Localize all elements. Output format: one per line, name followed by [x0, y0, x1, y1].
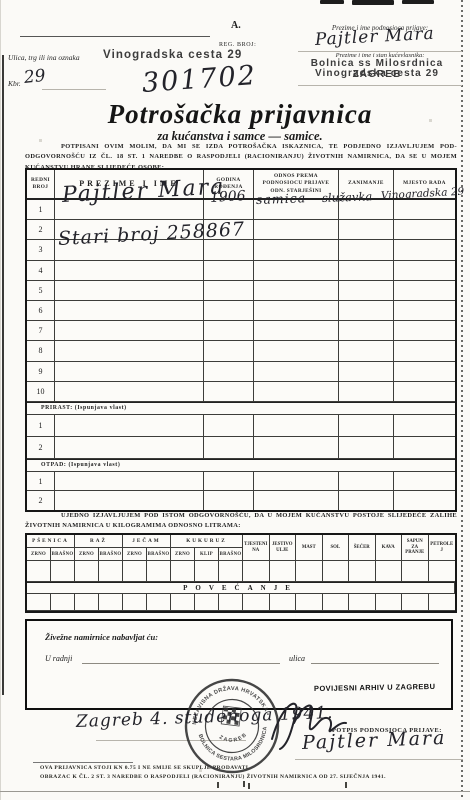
landlord-address-stamped: Vinogradska cesta 29 [288, 68, 466, 79]
otpad-section-label: OTPAD: (Ispunjava vlast) [27, 459, 455, 472]
empty-cell [204, 281, 254, 300]
empty-cell [394, 220, 455, 239]
reg-number-label: REG. BROJ: [219, 42, 256, 48]
scan-tick-mark [243, 781, 245, 787]
empty-cell [254, 261, 339, 280]
landlord-line [298, 85, 462, 86]
empty-cell [339, 362, 394, 381]
empty-cell [204, 472, 254, 491]
empty-cell [195, 561, 219, 582]
group-header-raz: RAŽ [75, 535, 123, 548]
scan-noise [0, 0, 1, 1]
supplies-paragraph: UJEDNO IZJAVLJUJEM POD ISTOM ODGOVORNOŠĆ… [25, 511, 457, 532]
shop-label: U radnji [45, 654, 72, 663]
empty-cell [147, 594, 171, 611]
empty-cell [270, 594, 297, 611]
group-header-psenica: PŠENICA [27, 535, 75, 548]
empty-cell [204, 382, 254, 401]
col-header-redni-broj: REDNI BROJ [27, 170, 55, 198]
row-number: 1 [27, 472, 55, 491]
empty-cell [376, 594, 403, 611]
house-number-label: Kbr. [8, 79, 21, 88]
empty-cell [171, 594, 195, 611]
signature-handwritten: Pajtler Mara [302, 727, 447, 754]
empty-cell [195, 594, 219, 611]
form-letter: A. [231, 20, 241, 31]
supplies-table: PŠENICA RAŽ JEČAM KUKURUZ TJESTENINA JES… [25, 533, 457, 613]
empty-cell [55, 321, 204, 340]
empty-cell [204, 362, 254, 381]
row1-occupation-handwritten: služavka [322, 189, 373, 205]
street-label-2: ulica [289, 654, 305, 663]
empty-cell [55, 281, 204, 300]
sub-header-brasno: BRAŠNO [219, 548, 243, 561]
empty-cell [323, 561, 350, 582]
row-number: 2 [27, 491, 55, 510]
empty-cell [123, 561, 147, 582]
empty-cell [75, 561, 99, 582]
form-title: Potrošačka prijavnica [25, 99, 455, 130]
empty-cell [51, 561, 75, 582]
col-header-jestivo-ulje: JESTIVO ULJE [270, 535, 297, 561]
empty-cell [254, 341, 339, 360]
empty-cell [55, 415, 204, 436]
empty-cell [99, 561, 123, 582]
col-header-sol: SOL [323, 535, 350, 561]
empty-cell [394, 281, 455, 300]
prirast-row: 2 [27, 437, 455, 459]
empty-cell [394, 491, 455, 510]
house-number-handwritten: 29 [23, 66, 47, 88]
empty-cell [339, 437, 394, 458]
empty-cell [254, 321, 339, 340]
col-header-secer: ŠEĆER [349, 535, 376, 561]
row-number: 7 [27, 321, 55, 340]
row-number: 3 [27, 240, 55, 259]
empty-cell [254, 220, 339, 239]
empty-cell [27, 561, 51, 582]
empty-cell [254, 382, 339, 401]
empty-cell [339, 281, 394, 300]
row-number: 9 [27, 362, 55, 381]
empty-cell [339, 321, 394, 340]
empty-cell [394, 240, 455, 259]
empty-cell [99, 594, 123, 611]
row1-relation-handwritten: samica [256, 190, 307, 207]
empty-cell [147, 561, 171, 582]
scan-tick-mark [248, 783, 250, 789]
row-number: 10 [27, 382, 55, 401]
row-number: 6 [27, 301, 55, 320]
row-number: 8 [27, 341, 55, 360]
persons-row: 5 [27, 281, 455, 301]
empty-cell [55, 362, 204, 381]
empty-cell [376, 561, 403, 582]
empty-cell [204, 415, 254, 436]
cut-off-text-fragment [402, 0, 434, 4]
empty-cell [254, 491, 339, 510]
empty-cell [394, 321, 455, 340]
empty-cell [219, 561, 243, 582]
empty-cell [123, 594, 147, 611]
povecanje-band: POVEĆANJE [27, 582, 455, 594]
empty-cell [204, 321, 254, 340]
col-header-sapun: SAPUN ZA PRANJE [402, 535, 429, 561]
otpad-row: 1 [27, 472, 455, 492]
prirast-section-label: PRIRAST: (Ispunjava vlast) [27, 402, 455, 415]
sub-header-klip: KLIP [195, 548, 219, 561]
empty-cell [394, 301, 455, 320]
empty-cell [55, 491, 204, 510]
empty-cell [429, 594, 456, 611]
street-label: Ulica, trg ili ina oznaka [8, 53, 80, 62]
empty-cell [171, 561, 195, 582]
empty-cell [394, 200, 455, 219]
empty-cell [204, 491, 254, 510]
street-blank-line [311, 663, 439, 664]
empty-cell [394, 362, 455, 381]
empty-cell [204, 341, 254, 360]
empty-cell [254, 437, 339, 458]
empty-cell [296, 594, 323, 611]
page-left-fold-line [2, 55, 4, 695]
cut-off-text-fragment [352, 0, 394, 5]
empty-cell [254, 472, 339, 491]
empty-cell [243, 594, 270, 611]
persons-row: 10 [27, 382, 455, 402]
persons-row: 4 [27, 261, 455, 281]
scanned-form-page: A. REG. BROJ: Ulica, trg ili ina oznaka … [0, 0, 470, 800]
persons-row: 9 [27, 362, 455, 382]
col-header-mast: MAST [296, 535, 323, 561]
empty-cell [204, 261, 254, 280]
sub-header-brasno: BRAŠNO [147, 548, 171, 561]
empty-cell [243, 561, 270, 582]
empty-cell [339, 415, 394, 436]
sub-header-zrno: ZRNO [27, 548, 51, 561]
empty-cell [75, 594, 99, 611]
empty-cell [339, 220, 394, 239]
persons-row: 6 [27, 301, 455, 321]
street-value-stamped: Vinogradska cesta 29 [103, 49, 242, 61]
shop-blank-line [82, 663, 280, 664]
empty-cell [55, 341, 204, 360]
empty-cell [296, 561, 323, 582]
sub-header-brasno: BRAŠNO [51, 548, 75, 561]
row1-year-handwritten: 1906 [210, 188, 246, 206]
empty-cell [55, 301, 204, 320]
empty-cell [394, 472, 455, 491]
empty-cell [339, 382, 394, 401]
footnote-rule [33, 762, 133, 763]
empty-cell [394, 437, 455, 458]
sub-header-brasno: BRAŠNO [99, 548, 123, 561]
empty-cell [204, 301, 254, 320]
scan-tick-mark [217, 782, 219, 788]
prirast-row: 1 [27, 415, 455, 437]
empty-cell [339, 301, 394, 320]
empty-cell [394, 341, 455, 360]
cut-off-text-fragment [320, 0, 344, 4]
registration-number-handwritten: 301702 [141, 60, 258, 99]
empty-cell [270, 561, 297, 582]
row-number: 1 [27, 415, 55, 436]
col-header-petrolej: PETROLEJ [429, 535, 456, 561]
empty-cell [339, 261, 394, 280]
otpad-row: 2 [27, 491, 455, 510]
empty-cell [349, 594, 376, 611]
house-number-line [42, 89, 106, 90]
empty-cell [254, 362, 339, 381]
empty-cell [254, 281, 339, 300]
empty-cell [394, 382, 455, 401]
persons-row: 7 [27, 321, 455, 341]
signature-line [295, 759, 463, 760]
empty-cell [394, 261, 455, 280]
empty-cell [55, 261, 204, 280]
empty-cell [204, 437, 254, 458]
right-perforation-edge [461, 0, 463, 800]
empty-cell [55, 382, 204, 401]
empty-cell [254, 415, 339, 436]
empty-cell [402, 561, 429, 582]
empty-cell [55, 472, 204, 491]
empty-cell [254, 240, 339, 259]
empty-cell [51, 594, 75, 611]
col-header-kava: KAVA [376, 535, 403, 561]
empty-cell [394, 415, 455, 436]
row-number: 1 [27, 200, 55, 219]
archive-stamp-text: POVIJESNI ARHIV U ZAGREBU [314, 682, 436, 693]
empty-cell [204, 240, 254, 259]
empty-cell [27, 594, 51, 611]
empty-cell [339, 472, 394, 491]
persons-row: 8 [27, 341, 455, 361]
row-number: 2 [27, 220, 55, 239]
empty-cell [402, 594, 429, 611]
empty-cell [349, 561, 376, 582]
group-header-kukuruz: KUKURUZ [171, 535, 243, 548]
empty-cell [219, 594, 243, 611]
sub-header-zrno: ZRNO [123, 548, 147, 561]
blank-reference-line [20, 36, 210, 37]
empty-cell [429, 561, 456, 582]
empty-cell [339, 341, 394, 360]
page-left-edge [0, 0, 1, 800]
row-number: 2 [27, 437, 55, 458]
sub-header-zrno: ZRNO [171, 548, 195, 561]
group-header-jecam: JEČAM [123, 535, 171, 548]
seal-inner-text: ZAGREB [217, 731, 249, 746]
sub-header-zrno: ZRNO [75, 548, 99, 561]
empty-cell [339, 491, 394, 510]
empty-cell [55, 437, 204, 458]
procurement-intro: Živežne namirnice nabavljat ću: [45, 632, 158, 642]
col-header-tjestenina: TJESTENINA [243, 535, 270, 561]
scan-tick-mark [345, 782, 347, 788]
svg-text:ZAGREB: ZAGREB [217, 731, 249, 746]
row-number: 5 [27, 281, 55, 300]
row-number: 4 [27, 261, 55, 280]
empty-cell [254, 301, 339, 320]
empty-cell [323, 594, 350, 611]
empty-cell [339, 240, 394, 259]
page-bottom-edge [0, 791, 470, 792]
